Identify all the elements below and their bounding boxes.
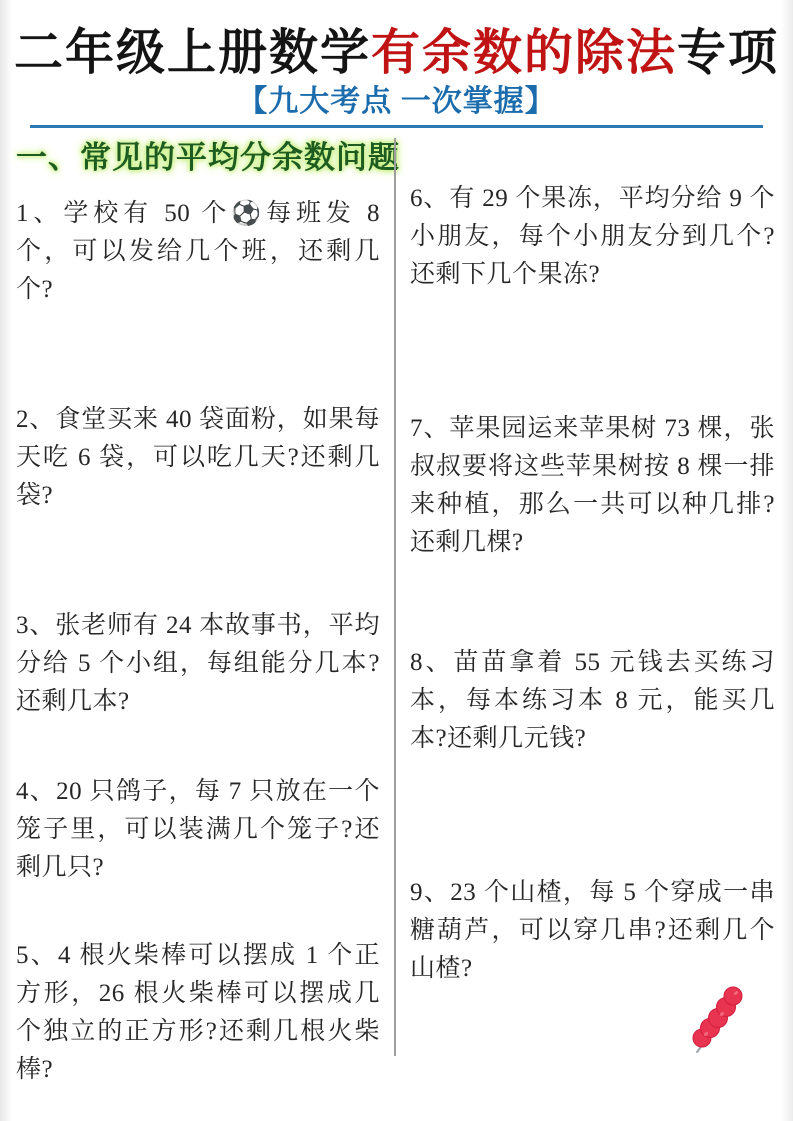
section-heading: 一、常见的平均分余数问题 <box>16 138 380 178</box>
problem-9: 9、23 个山楂，每 5 个穿成一串糖葫芦，可以穿几串?还剩几个山楂? <box>410 874 775 988</box>
worksheet-header: 二年级上册数学有余数的除法专项 【九大考点 一次掌握】 <box>0 0 793 128</box>
problem-1-text-start: 1、学校有 50 个 <box>16 200 231 227</box>
problem-3: 3、张老师有 24 本故事书，平均分给 5 个小组，每组能分几本?还剩几本? <box>16 607 380 721</box>
worksheet-body: 一、常见的平均分余数问题 1、学校有 50 个⚽每班发 8 个，可以发给几个班，… <box>0 138 793 1089</box>
left-column: 一、常见的平均分余数问题 1、学校有 50 个⚽每班发 8 个，可以发给几个班，… <box>0 138 394 1089</box>
title-highlight-red: 有余数的除法 <box>371 25 677 80</box>
header-divider-rule <box>30 125 763 128</box>
right-column: 6、有 29 个果冻，平均分给 9 个小朋友，每个小朋友分到几个?还剩下几个果冻… <box>394 138 793 1089</box>
problem-6: 6、有 29 个果冻，平均分给 9 个小朋友，每个小朋友分到几个?还剩下几个果冻… <box>410 180 775 294</box>
tanghulu-icon <box>689 984 747 1056</box>
problem-1: 1、学校有 50 个⚽每班发 8 个，可以发给几个班，还剩几个? <box>16 194 380 309</box>
problem-7: 7、苹果园运来苹果树 73 棵，张叔叔要将这些苹果树按 8 棵一排来种植，那么一… <box>410 410 775 562</box>
column-divider <box>394 138 396 1056</box>
problem-5: 5、4 根火柴棒可以摆成 1 个正方形，26 根火柴棒可以摆成几个独立的正方形?… <box>16 937 380 1089</box>
title-part-1: 二年级上册数学 <box>14 25 371 80</box>
page-subtitle: 【九大考点 一次掌握】 <box>0 84 793 120</box>
problem-8: 8、苗苗拿着 55 元钱去买练习本，每本练习本 8 元，能买几本?还剩几元钱? <box>410 644 775 758</box>
title-part-2: 专项 <box>677 25 779 80</box>
page-title: 二年级上册数学有余数的除法专项 <box>0 24 793 82</box>
problem-2: 2、食堂买来 40 袋面粉，如果每天吃 6 袋，可以吃几天?还剩几袋? <box>16 401 380 515</box>
worksheet-page: 二年级上册数学有余数的除法专项 【九大考点 一次掌握】 一、常见的平均分余数问题… <box>0 0 793 1121</box>
soccer-ball-icon: ⚽ <box>231 199 266 227</box>
problem-4: 4、20 只鸽子，每 7 只放在一个笼子里，可以装满几个笼子?还剩几只? <box>16 773 380 887</box>
